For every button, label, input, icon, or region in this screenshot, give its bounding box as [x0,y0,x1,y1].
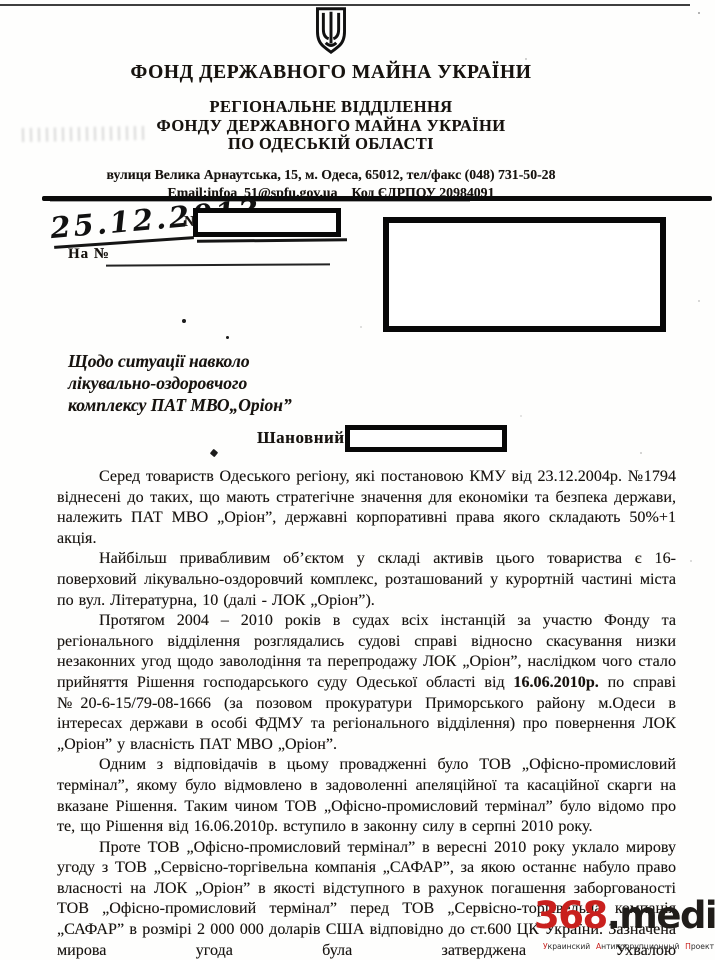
org-subtitle-line: ФОНДУ ДЕРЖАВНОГО МАЙНА УКРАЇНИ [0,117,662,136]
org-subtitle-line: ПО ОДЕСЬКІЙ ОБЛАСТІ [0,135,662,154]
body-paragraph: Найбільш привабливим об’єктом у складі а… [57,549,676,611]
watermark-368media: 368.media [534,897,715,934]
highlighted-date: 16.06.2010р. [513,674,598,691]
watermark-tagline-word: Проект [685,942,714,951]
body-paragraph: Серед товариств Одеського регіону, які п… [57,467,676,549]
watermark-brand-red: 368 [534,894,607,937]
salutation: Шановний [257,428,345,448]
watermark-brand-dark: .media [607,894,715,937]
reply-to-label: На № [68,246,110,263]
watermark-tagline: Украинский Антикоррупционный Проект [543,942,714,951]
outgoing-number-line [197,238,347,243]
org-title: ФОНД ДЕРЖАВНОГО МАЙНА УКРАЇНИ [0,62,662,84]
watermark-tagline-word: Украинский [543,942,590,951]
subject-line: комплексу ПАТ МВО„Оріон” [68,394,292,416]
body-paragraph: Одним з відповідачів в цьому провадженні… [57,755,676,837]
subject-block: Щодо ситуації навколо лікувально-оздоров… [68,350,292,416]
letterhead: ФОНД ДЕРЖАВНОГО МАЙНА УКРАЇНИ РЕГІОНАЛЬН… [0,0,662,201]
scan-speck [226,336,229,339]
letter-body: Серед товариств Одеського регіону, які п… [57,467,676,960]
scanned-letter-page: ФОНД ДЕРЖАВНОГО МАЙНА УКРАЇНИ РЕГІОНАЛЬН… [0,0,715,960]
org-subtitle: РЕГІОНАЛЬНЕ ВІДДІЛЕННЯ ФОНДУ ДЕРЖАВНОГО … [0,98,662,154]
org-address: вулиця Велика Арнаутська, 15, м. Одеса, … [0,167,662,183]
subject-line: лікувально-оздоровчого [68,372,292,394]
reply-to-line [106,263,330,266]
ukraine-tryzub-icon [308,7,354,54]
watermark-tagline-word: Антикоррупционный [596,942,679,951]
subject-line: Щодо ситуації навколо [68,350,292,372]
org-subtitle-line: РЕГІОНАЛЬНЕ ВІДДІЛЕННЯ [0,98,662,117]
scan-speck [210,449,218,457]
scan-speck [182,319,186,323]
redaction-box-outgoing-number [193,208,341,237]
redaction-box-recipient-name [345,425,507,452]
body-paragraph: Протягом 2004 – 2010 років в судах всіх … [57,611,676,755]
redaction-box-addressee [383,217,666,332]
letterhead-divider [42,196,712,201]
